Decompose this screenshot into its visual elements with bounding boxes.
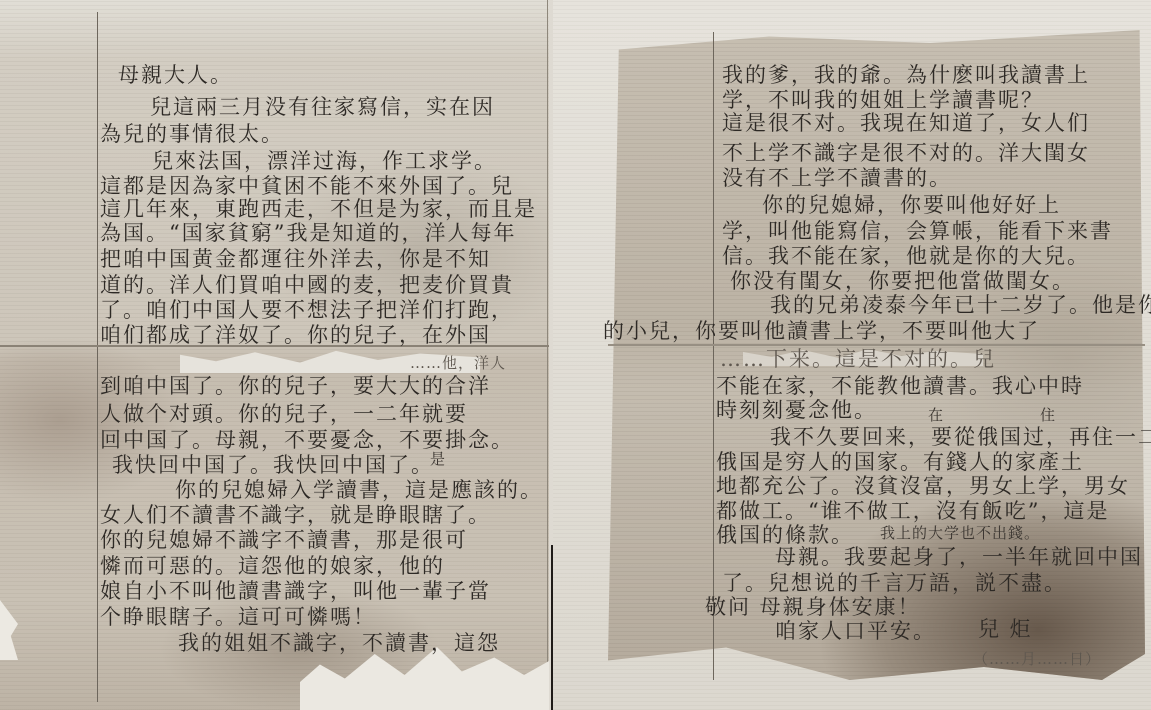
letter-line: ……下来。這是不对的。兒 (720, 346, 996, 372)
letter-line: 你的兒媳婦，你要叫他好好上 (762, 192, 1061, 218)
letter-line: 到咱中国了。你的兒子，要大大的合洋 (100, 373, 491, 399)
torn-paper-left-edge (0, 600, 18, 660)
letter-line: 我不久要回来，要從俄国过，再住一二年。 (770, 424, 1151, 450)
signature: 兒 炬 (978, 616, 1033, 642)
letter-line: 這几年來，東跑西走，不但是为家，而且是 (100, 196, 537, 222)
closing-greeting: 敬问 母親身体安康！ (705, 594, 921, 620)
letter-line: 学，叫他能寫信，会算帳，能看下来書 (722, 218, 1113, 244)
letter-line: 俄国是穷人的国家。有錢人的家產土 (716, 449, 1084, 475)
letter-line: 人做个对頭。你的兒子，一二年就要 (100, 401, 468, 427)
letter-line: 為国。“国家貧窮”我是知道的，洋人每年 (100, 220, 516, 246)
letter-line: 信。我不能在家，他就是你的大兒。 (722, 243, 1090, 269)
letter-line: 不上学不識字是很不对的。洋大閨女 (722, 140, 1090, 166)
letter-line: 了。咱们中国人要不想法子把洋们打跑， (100, 297, 514, 323)
letter-line: 没有不上学不讀書的。 (722, 165, 952, 191)
letter-line: 娘自小不叫他讀書識字，叫他一輩子當 (100, 578, 491, 604)
letter-line: 兒這兩三月没有往家寫信，实在因 (150, 94, 495, 120)
letter-line: 地都充公了。沒貧沒富，男女上学，男女 (716, 473, 1130, 499)
letter-page-right: 我的爹，我的爺。為什麽叫我讀書上 学，不叫我的姐姐上学讀書呢？ 這是很不对。我現… (553, 0, 1151, 710)
letter-line: 你的兒媳婦入学讀書，這是應該的。 (175, 477, 543, 503)
letter-page-left: 母親大人。 兒這兩三月没有往家寫信，实在因 為兒的事情很太。 兒來法国，漂洋过海… (0, 0, 549, 710)
margin-rule-line (97, 12, 98, 702)
letter-line: 我快回中国了。我快回中国了。 (112, 452, 434, 478)
letter-line: 我的姐姐不識字，不讀書，這怨 (178, 630, 500, 656)
letter-line: 了。兒想说的千言万語，説不盡。 (722, 570, 1067, 596)
letter-line: 憐而可惡的。這怨他的娘家，他的 (100, 553, 445, 579)
letter-line: 把咱中国黄金都運往外洋去，你是不知 (100, 246, 491, 272)
letter-line: 兒來法国，漂洋过海，作工求学。 (152, 148, 497, 174)
letter-line: 回中国了。母親，不要憂念，不要掛念。 (100, 427, 514, 453)
postscript: 咱家人口平安。 (775, 618, 936, 644)
letter-line: 个睁眼瞎子。這可可憐嗎！ (100, 604, 376, 630)
letter-line: 咱们都成了洋奴了。你的兒子，在外国 (100, 322, 491, 348)
letter-line: 時刻刻憂念他。 (716, 397, 877, 423)
letter-line: 的小兒，你要叫他讀書上学，不要叫他大了 (603, 318, 1040, 344)
letter-line: 為兒的事情很太。 (100, 121, 284, 147)
salutation: 母親大人。 (118, 62, 233, 88)
letter-line: 不能在家，不能教他讀書。我心中時 (716, 373, 1084, 399)
page-edge (547, 0, 548, 710)
letter-line: 你没有閨女，你要把他當做閨女。 (730, 268, 1075, 294)
letter-line: 我的兄弟凌泰今年已十二岁了。他是你 (770, 292, 1151, 318)
letter-line: 女人们不讀書不識字，就是睁眼瞎了。 (100, 502, 491, 528)
letter-line: 這是很不对。我現在知道了，女人们 (722, 110, 1090, 136)
letter-line: 道的。洋人们買咱中國的麦，把麦价買貴 (100, 272, 514, 298)
letter-line: 母親。我要起身了，一半年就回中国 (775, 544, 1143, 570)
margin-rule-line (713, 32, 714, 680)
letter-line: 我的爹，我的爺。為什麽叫我讀書上 (722, 62, 1090, 88)
letter-line: 你的兒媳婦不識字不讀書，那是很可 (100, 527, 468, 553)
letter-line-small: 我上的大学也不出錢。 (880, 520, 1040, 546)
signature-date-note: （……月……日） (973, 646, 1101, 672)
